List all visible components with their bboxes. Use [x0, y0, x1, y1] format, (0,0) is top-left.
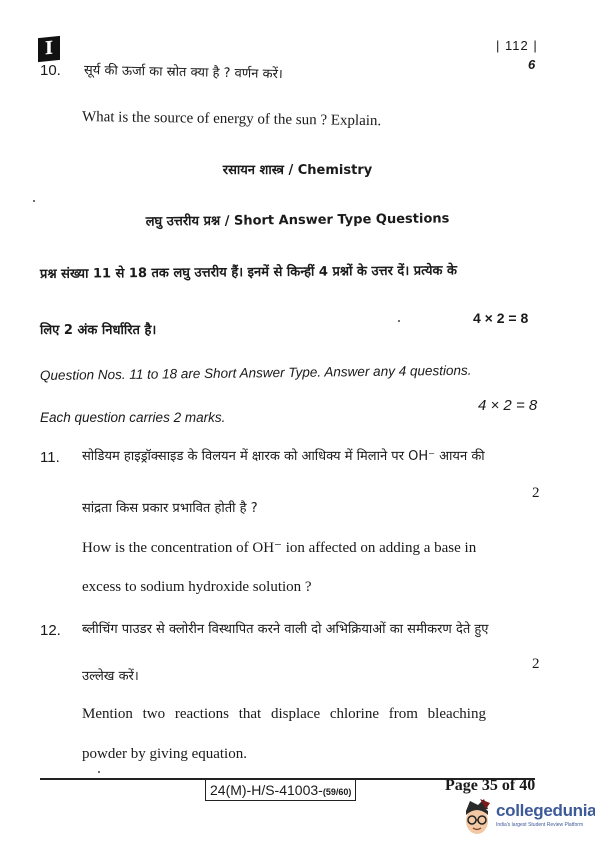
mascot-face-icon — [462, 797, 492, 837]
scan-dot — [33, 200, 35, 202]
instructions-hindi-line2: लिए 2 अंक निर्धारित है। — [40, 320, 156, 338]
q12-marks: 2 — [532, 656, 540, 673]
instructions-english-line1: Question Nos. 11 to 18 are Short Answer … — [40, 363, 472, 383]
q10-english: What is the source of energy of the sun … — [82, 109, 381, 130]
q12-hindi-line2: उल्लेख करें। — [82, 666, 139, 684]
subject-heading: रसायन शास्त्र / Chemistry — [0, 160, 595, 178]
q11-number: 11. — [40, 449, 60, 466]
collegedunia-watermark: collegedunia India's largest Student Rev… — [462, 797, 592, 837]
exam-code: 24(M)-H/S-41003-(59/60) — [205, 779, 356, 801]
exam-code-small: (59/60) — [323, 787, 352, 797]
q11-hindi-line2: सांद्रता किस प्रकार प्रभावित होती है ? — [82, 498, 258, 516]
section-badge: I — [38, 36, 60, 62]
paper-code: | 112 | — [496, 38, 538, 53]
q11-english-line1: How is the concentration of OH⁻ ion affe… — [82, 538, 476, 557]
exam-code-main: 24(M)-H/S-41003- — [210, 782, 323, 798]
q12-hindi-line1: ब्लीचिंग पाउडर से क्लोरीन विस्थापित करने… — [82, 619, 488, 637]
q11-hindi-line1: सोडियम हाइड्रॉक्साइड के विलयन में क्षारक… — [82, 446, 485, 464]
brand-name: collegedunia — [496, 801, 595, 821]
section-heading: लघु उत्तरीय प्रश्न / Short Answer Type Q… — [0, 207, 595, 231]
q10-marks: 6 — [528, 57, 535, 72]
scan-dot — [398, 320, 400, 322]
q12-english-line2: powder by giving equation. — [82, 746, 247, 763]
q10-number: 10. — [40, 62, 61, 79]
page-number: Page 35 of 40 — [445, 777, 535, 795]
instructions-hindi-line1: प्रश्न संख्या 11 से 18 तक लघु उत्तरीय है… — [40, 260, 457, 282]
instructions-english-formula: 4 × 2 = 8 — [478, 397, 537, 414]
q11-english-line2: excess to sodium hydroxide solution ? — [82, 579, 312, 596]
brand-tagline: India's largest Student Review Platform — [496, 822, 583, 828]
instructions-hindi-formula: 4 × 2 = 8 — [473, 310, 528, 326]
instructions-english-line2: Each question carries 2 marks. — [40, 410, 225, 425]
scan-dot — [98, 771, 100, 773]
q12-english-line1: Mention two reactions that displace chlo… — [82, 706, 486, 723]
q11-marks: 2 — [532, 485, 540, 502]
q10-hindi: सूर्य की ऊर्जा का स्रोत क्या है ? वर्णन … — [84, 60, 283, 82]
q12-number: 12. — [40, 622, 61, 639]
